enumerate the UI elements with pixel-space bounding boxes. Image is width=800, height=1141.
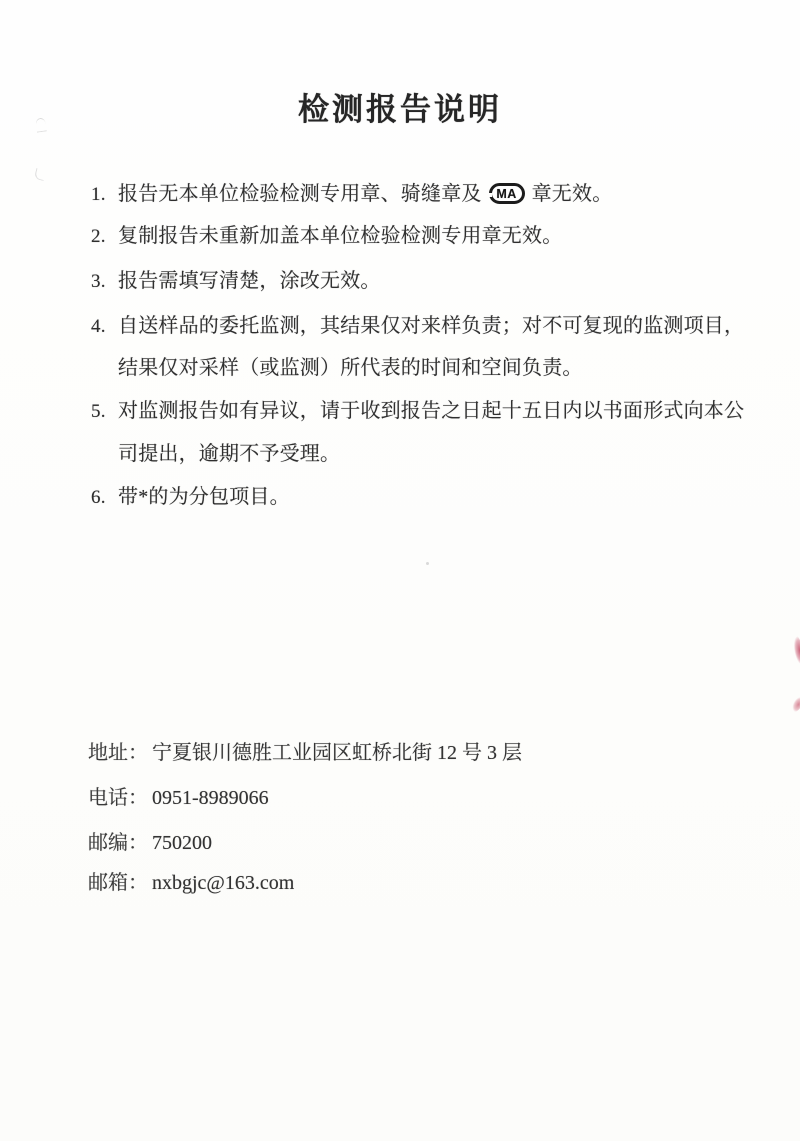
- contact-value: nxbgjc@163.com: [152, 872, 294, 894]
- contact-label: 邮箱：: [88, 872, 148, 894]
- page-title: 检测报告说明: [0, 84, 800, 129]
- contact-value: 宁夏银川德胜工业园区虹桥北街 12 号 3 层: [152, 742, 522, 764]
- contact-row-phone: 电话：0951-8989066: [88, 786, 269, 810]
- scan-speck: [426, 562, 429, 565]
- pencil-smudge: [34, 168, 46, 181]
- contact-row-address: 地址：宁夏银川德胜工业园区虹桥北街 12 号 3 层: [88, 741, 522, 765]
- note-item-3: 3.报告需填写清楚，涂改无效。: [91, 269, 381, 294]
- note-text: 带*的为分包项目。: [118, 486, 290, 508]
- cma-mark-text: MA: [492, 186, 522, 201]
- note-number: 5.: [91, 400, 118, 424]
- note-text: 对监测报告如有异议，请于收到报告之日起十五日内以书面形式向本公: [118, 400, 744, 422]
- note-number: 4.: [91, 315, 118, 339]
- note-item-4-line2: 结果仅对采样（或监测）所代表的时间和空间负责。: [118, 356, 583, 380]
- note-text: 复制报告未重新加盖本单位检验检测专用章无效。: [118, 225, 562, 247]
- cma-mark-icon: MA: [489, 183, 525, 204]
- note-item-2: 2.复制报告未重新加盖本单位检验检测专用章无效。: [91, 224, 562, 249]
- document-page: 检测报告说明 1.报告无本单位检验检测专用章、骑缝章及MA章无效。 2.复制报告…: [0, 0, 800, 1141]
- contact-value: 750200: [152, 832, 212, 854]
- note-number: 2.: [91, 225, 118, 249]
- note-item-5: 5.对监测报告如有异议，请于收到报告之日起十五日内以书面形式向本公: [91, 399, 744, 424]
- note-item-4: 4.自送样品的委托监测，其结果仅对来样负责；对不可复现的监测项目，: [91, 314, 744, 339]
- note-text: 司提出，逾期不予受理。: [118, 443, 340, 465]
- note-text: 报告需填写清楚，涂改无效。: [118, 270, 381, 292]
- note-item-5-line2: 司提出，逾期不予受理。: [118, 442, 340, 466]
- red-ink-edge-mark-small: [787, 693, 800, 715]
- contact-label: 地址：: [88, 742, 148, 764]
- contact-row-zipcode: 邮编：750200: [88, 831, 212, 855]
- contact-value: 0951-8989066: [152, 787, 269, 809]
- note-text: 报告无本单位检验检测专用章、骑缝章及: [118, 183, 482, 205]
- contact-label: 邮编：: [88, 832, 148, 854]
- contact-label: 电话：: [88, 787, 148, 809]
- note-text: 自送样品的委托监测，其结果仅对来样负责；对不可复现的监测项目，: [118, 315, 744, 337]
- note-text: 结果仅对采样（或监测）所代表的时间和空间负责。: [118, 357, 583, 379]
- note-number: 6.: [91, 486, 118, 510]
- note-text: 章无效。: [532, 183, 613, 205]
- red-ink-edge-mark: [788, 633, 800, 669]
- note-item-6: 6.带*的为分包项目。: [91, 485, 290, 510]
- note-item-1: 1.报告无本单位检验检测专用章、骑缝章及MA章无效。: [91, 182, 612, 207]
- note-number: 1.: [91, 183, 118, 207]
- note-number: 3.: [91, 270, 118, 294]
- contact-row-email: 邮箱：nxbgjc@163.com: [88, 871, 294, 895]
